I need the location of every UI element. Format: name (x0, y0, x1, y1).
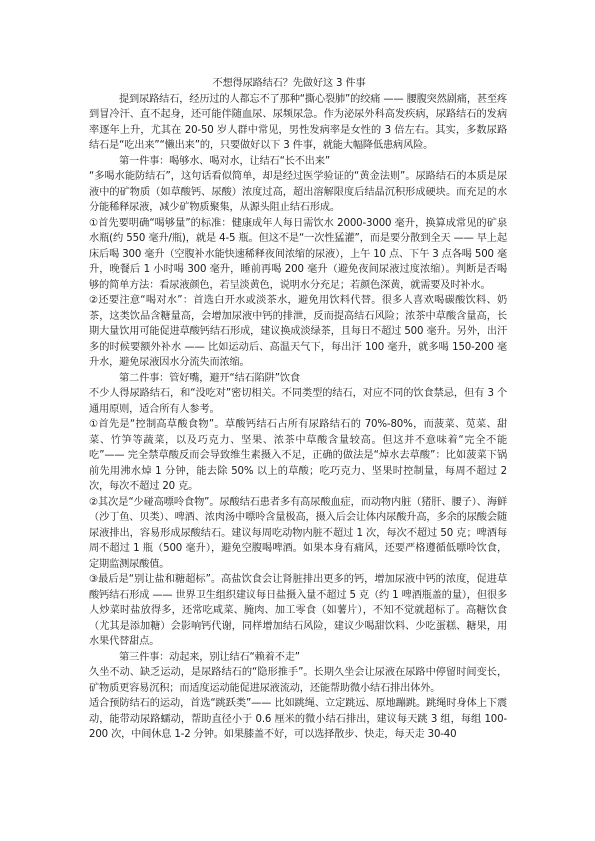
paragraph: 适合预防结石的运动，首选“跳跃类”—— 比如跳绳、立定跳远、原地蹦跳。跳绳时身体… (89, 696, 507, 743)
section-1: 第一件事：喝够水、喝对水，让结石“长不出来” “多喝水能防结石”，这句话看似简单… (89, 154, 507, 371)
document-title: 不想得尿路结石？先做好这 3 件事 (89, 76, 507, 92)
document-page: 不想得尿路结石？先做好这 3 件事 提到尿路结石，经历过的人都忘不了那种“撕心裂… (89, 76, 507, 743)
paragraph: ②还要注意“喝对水”：首选白开水或淡茶水，避免用饮料代替。很多人喜欢喝碳酸饮料、… (89, 293, 507, 371)
section-3: 第三件事：动起来，别让结石“赖着不走” 久坐不动、缺乏运动，是尿路结石的“隐形推… (89, 650, 507, 743)
paragraph: ③最后是“别让盐和糖超标”。高盐饮食会让肾脏排出更多的钙，增加尿液中钙的浓度，促… (89, 572, 507, 650)
section-heading: 第二件事：管好嘴，避开“结石陷阱”饮食 (89, 371, 507, 387)
section-2: 第二件事：管好嘴，避开“结石陷阱”饮食 不少人得尿路结石，和“没吃对”密切相关。… (89, 371, 507, 650)
paragraph: 不少人得尿路结石，和“没吃对”密切相关。不同类型的结石，对应不同的饮食禁忌，但有… (89, 386, 507, 417)
paragraph: ①首先是“控制高草酸食物”。草酸钙结石占所有尿路结石的 70%-80%，而菠菜、… (89, 417, 507, 495)
intro-paragraph: 提到尿路结石，经历过的人都忘不了那种“撕心裂肺”的绞痛 —— 腰腹突然剧痛，甚至… (89, 92, 507, 154)
paragraph: ①首先要明确“喝够量”的标准：健康成年人每日需饮水 2000-3000 毫升，换… (89, 216, 507, 294)
paragraph: “多喝水能防结石”，这句话看似简单，却是经过医学验证的“黄金法则”。尿路结石的本… (89, 169, 507, 216)
section-heading: 第三件事：动起来，别让结石“赖着不走” (89, 650, 507, 666)
section-heading: 第一件事：喝够水、喝对水，让结石“长不出来” (89, 154, 507, 170)
paragraph: 久坐不动、缺乏运动，是尿路结石的“隐形推手”。长期久坐会让尿液在尿路中停留时间变… (89, 665, 507, 696)
paragraph: ②其次是“少碰高嘌呤食物”。尿酸结石患者多有高尿酸血症，而动物内脏（猪肝、腰子）… (89, 495, 507, 573)
